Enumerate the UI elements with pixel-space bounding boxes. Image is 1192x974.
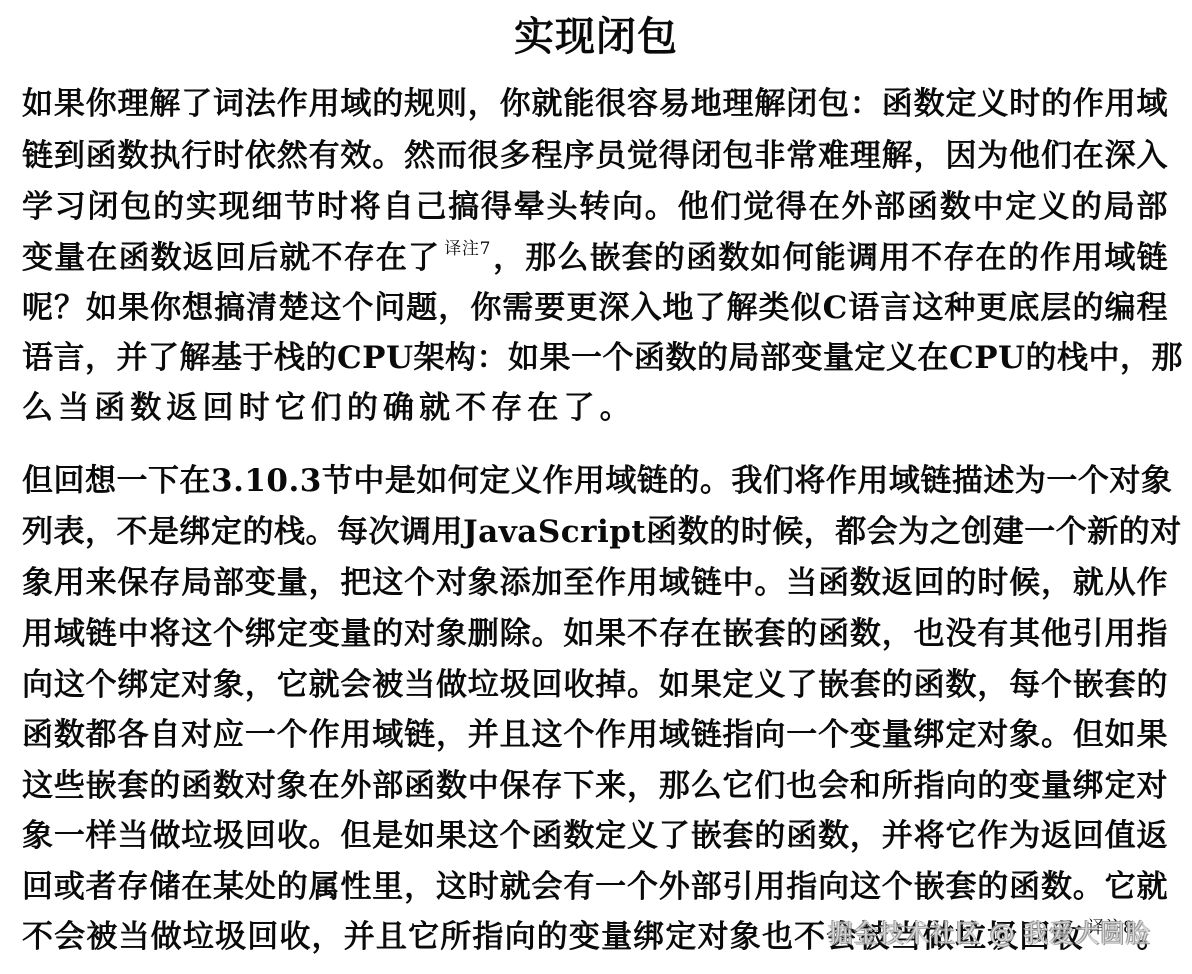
paragraph-line: 变量在函数返回后就不存在了译注7，那么嵌套的函数如何能调用不存在的作用域链 [22, 233, 1168, 283]
paragraph-line: 如果你理解了词法作用域的规则，你就能很容易地理解闭包：函数定义时的作用域 [22, 79, 1168, 129]
translator-note-7[interactable]: 译注7 [444, 239, 490, 259]
paragraph-line: 向这个绑定对象，它就会被当做垃圾回收掉。如果定义了嵌套的函数，每个嵌套的 [22, 660, 1168, 710]
paragraph-line: 象一样当做垃圾回收。但是如果这个函数定义了嵌套的函数，并将它作为返回值返 [22, 811, 1168, 861]
line-with-note: 不会被当做垃圾回收，并且它所指向的变量绑定对象也不会被当做垃圾回收译注8。 [22, 912, 1168, 962]
paragraph-line: 呢？如果你想搞清楚这个问题，你需要更深入地了解类似C语言这种更底层的编程 [22, 283, 1168, 333]
paragraph-line: 回或者存储在某处的属性里，这时就会有一个外部引用指向这个嵌套的函数。它就 [22, 862, 1168, 912]
paragraph-line: 链到函数执行时依然有效。然而很多程序员觉得闭包非常难理解，因为他们在深入 [22, 131, 1168, 181]
book-page: 实现闭包 如果你理解了词法作用域的规则，你就能很容易地理解闭包：函数定义时的作用… [0, 0, 1192, 974]
paragraph-line: 么当函数返回时它们的确就不存在了。 [22, 383, 1168, 433]
paragraph-line: 但回想一下在3.10.3节中是如何定义作用域链的。我们将作用域链描述为一个对象 [22, 456, 1168, 506]
paragraph-line: 这些嵌套的函数对象在外部函数中保存下来，那么它们也会和所指向的变量绑定对 [22, 761, 1168, 811]
paragraph-line: 语言，并了解基于栈的CPU架构：如果一个函数的局部变量定义在CPU的栈中，那 [22, 333, 1168, 383]
paragraph-line: 函数都各自对应一个作用域链，并且这个作用域链指向一个变量绑定对象。但如果 [22, 710, 1168, 760]
paragraph-line: 用域链中将这个绑定变量的对象删除。如果不存在嵌套的函数，也没有其他引用指 [22, 609, 1168, 659]
paragraph-line: 不会被当做垃圾回收，并且它所指向的变量绑定对象也不会被当做垃圾回收译注8。 [22, 912, 1168, 962]
paragraph-line: 象用来保存局部变量，把这个对象添加至作用域链中。当函数返回的时候，就从作 [22, 558, 1168, 608]
paragraph-line: 列表，不是绑定的栈。每次调用JavaScript函数的时候，都会为之创建一个新的… [22, 507, 1168, 557]
section-title: 实现闭包 [0, 8, 1192, 66]
paragraph-line: 学习闭包的实现细节时将自己搞得晕头转向。他们觉得在外部函数中定义的局部 [22, 182, 1168, 232]
line-with-note: 变量在函数返回后就不存在了译注7，那么嵌套的函数如何能调用不存在的作用域链 [22, 233, 1168, 283]
translator-note-8[interactable]: 译注8 [1088, 918, 1134, 938]
